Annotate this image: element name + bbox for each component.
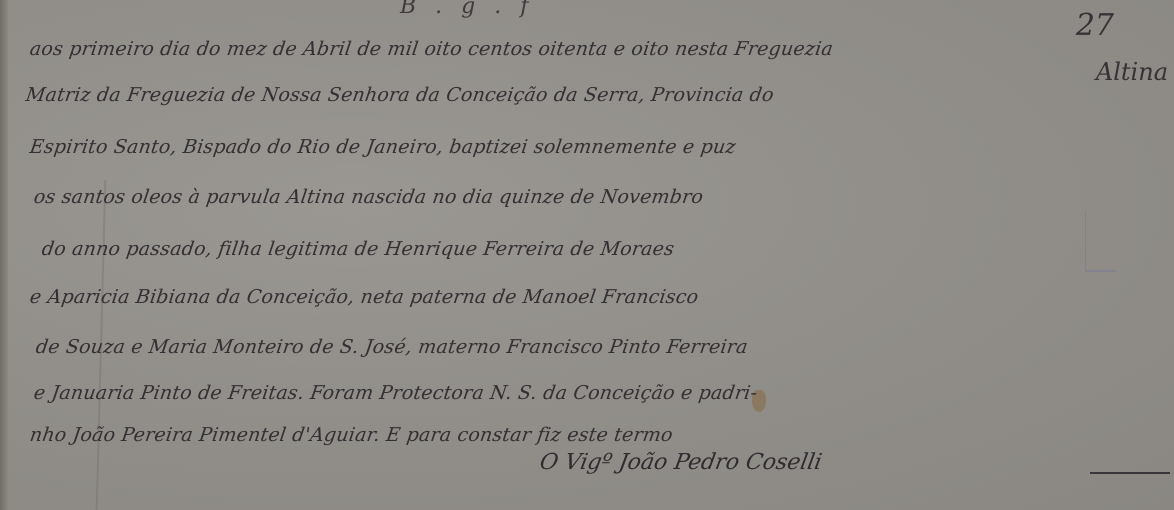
document-scan: B . g . f 27 Altina aos primeiro dia do … bbox=[0, 0, 1174, 510]
record-line-1: aos primeiro dia do mez de Abril de mil … bbox=[28, 38, 834, 60]
signature-flourish bbox=[1090, 472, 1170, 474]
record-line-7: de Souza e Maria Monteiro de S. José, ma… bbox=[34, 336, 749, 358]
margin-entry-number: 27 bbox=[1076, 8, 1114, 43]
priest-signature: O Vigº João Pedro Coselli bbox=[538, 450, 824, 475]
record-line-8: e Januaria Pinto de Freitas. Foram Prote… bbox=[32, 382, 758, 404]
header-fragment: B . g . f bbox=[400, 0, 534, 19]
record-line-9: nho João Pereira Pimentel d'Aguiar. E pa… bbox=[28, 424, 674, 446]
record-line-3: Espirito Santo, Bispado do Rio de Janeir… bbox=[28, 136, 737, 158]
margin-child-name: Altina bbox=[1096, 58, 1168, 86]
record-line-4: os santos oleos à parvula Altina nascida… bbox=[32, 186, 704, 208]
record-line-5: do anno passado, filha legitima de Henri… bbox=[40, 238, 675, 260]
record-line-2: Matriz da Freguezia de Nossa Senhora da … bbox=[24, 84, 775, 106]
page-fold-edge bbox=[0, 0, 8, 510]
faint-pencil-mark bbox=[1085, 210, 1116, 272]
record-line-6: e Aparicia Bibiana da Conceição, neta pa… bbox=[28, 286, 699, 308]
